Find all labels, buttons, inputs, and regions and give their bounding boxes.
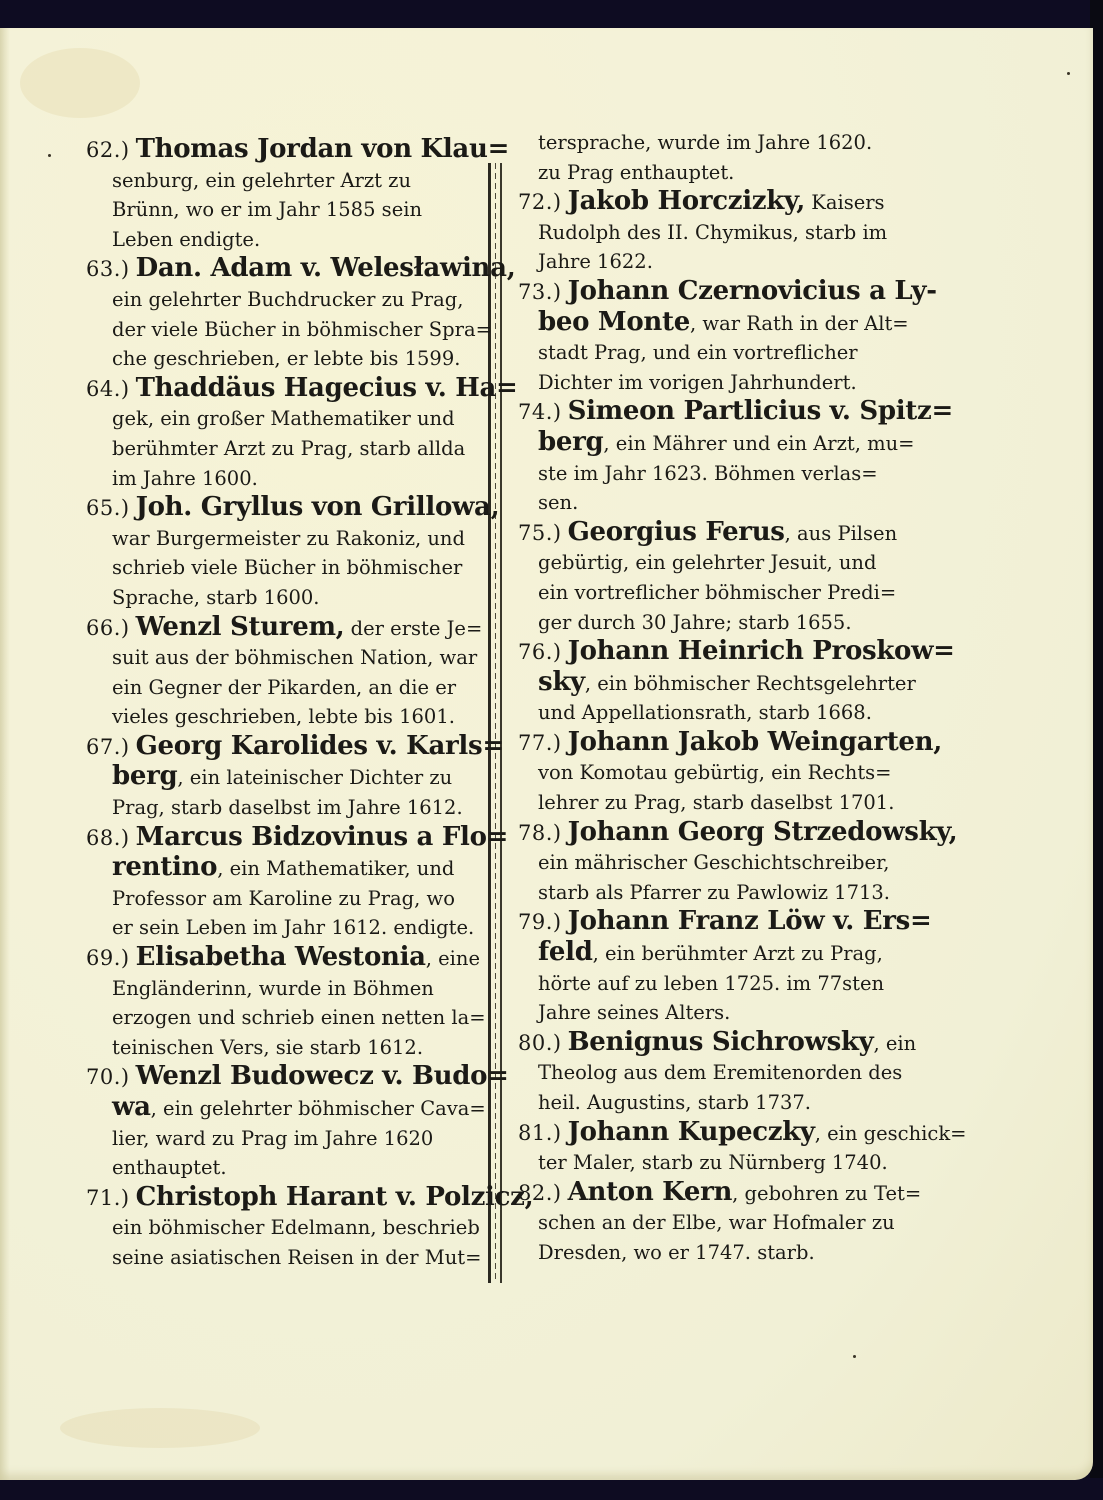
entry-number: 75.) — [518, 519, 562, 549]
entry-description: Professor am Karoline zu Prag, wo — [112, 887, 455, 910]
entry-line: 80.)Benignus Sichrowsky, ein — [518, 1028, 913, 1059]
ink-speck — [48, 154, 51, 157]
entry-line: 71.)Christoph Harant v. Polzicz, — [86, 1183, 486, 1214]
biography-entry: 65.)Joh. Gryllus von Grillowa,war Burger… — [86, 493, 486, 612]
entry-description: , eine — [426, 947, 480, 970]
person-name: rentino — [112, 852, 217, 882]
entry-description: ein vortreflicher böhmischer Predi= — [538, 581, 896, 604]
entry-line: lier, ward zu Prag im Jahre 1620 — [86, 1124, 486, 1154]
person-name: Johann Georg Strzedowsky, — [568, 817, 958, 847]
entry-description: Jahre 1622. — [538, 250, 653, 273]
entry-description: ste im Jahr 1623. Böhmen verlas= — [538, 462, 878, 485]
entry-line: Jahre seines Alters. — [518, 998, 913, 1028]
entry-description: ein gelehrter Buchdrucker zu Prag, — [112, 288, 463, 311]
entry-line: 66.)Wenzl Sturem, der erste Je= — [86, 613, 486, 644]
ink-speck — [853, 1355, 856, 1358]
person-name: Johann Heinrich Proskow= — [568, 636, 955, 666]
biography-entry: 75.)Georgius Ferus, aus Pilsengebürtig, … — [518, 518, 913, 637]
entry-number: 69.) — [86, 944, 130, 974]
entry-line: im Jahre 1600. — [86, 464, 486, 494]
paper-stain — [20, 48, 140, 118]
entry-description: Rudolph des II. Chymikus, starb im — [538, 221, 887, 244]
entry-description: sen. — [538, 491, 578, 514]
entry-description: Kaisers — [805, 191, 885, 214]
entry-description: der erste Je= — [344, 617, 482, 640]
entry-line: feld, ein berühmter Arzt zu Prag, — [518, 938, 913, 969]
entry-description: der viele Bücher in böhmischer Spra= — [112, 318, 492, 341]
entry-description: war Burgermeister zu Rakoniz, und — [112, 527, 465, 550]
entry-line: sen. — [518, 488, 913, 518]
entry-number: 62.) — [86, 136, 130, 166]
entry-line: 65.)Joh. Gryllus von Grillowa, — [86, 493, 486, 524]
entry-line: ein mährischer Geschichtschreiber, — [518, 848, 913, 878]
person-name: Anton Kern — [568, 1177, 733, 1207]
entry-description: , ein berühmter Arzt zu Prag, — [593, 942, 883, 965]
entry-description: , aus Pilsen — [785, 522, 898, 545]
person-name: Wenzl Budowecz v. Budo= — [136, 1061, 509, 1091]
entry-description: ger durch 30 Jahre; starb 1655. — [538, 611, 852, 634]
entry-description: enthauptet. — [112, 1156, 227, 1179]
entry-line: schrieb viele Bücher in böhmischer — [86, 553, 486, 583]
entry-number: 78.) — [518, 819, 562, 849]
entry-line: 64.)Thaddäus Hagecius v. Ha= — [86, 374, 486, 405]
right-column: tersprache, wurde im Jahre 1620.zu Prag … — [518, 128, 913, 1268]
person-name: beo Monte — [538, 307, 690, 337]
biography-entry: 77.)Johann Jakob Weingarten,von Komotau … — [518, 728, 913, 818]
entry-line: Jahre 1622. — [518, 247, 913, 277]
entry-line: 69.)Elisabetha Westonia, eine — [86, 943, 486, 974]
entry-line: senburg, ein gelehrter Arzt zu — [86, 166, 486, 196]
entry-line: Sprache, starb 1600. — [86, 583, 486, 613]
person-name: Johann Jakob Weingarten, — [568, 727, 942, 757]
biography-entry: 70.)Wenzl Budowecz v. Budo=wa, ein geleh… — [86, 1062, 486, 1182]
entry-line: ein Gegner der Pikarden, an die er — [86, 673, 486, 703]
entry-description: heil. Augustins, starb 1737. — [538, 1091, 811, 1114]
entry-number: 72.) — [518, 188, 562, 218]
biography-entry: 80.)Benignus Sichrowsky, einTheolog aus … — [518, 1028, 913, 1118]
entry-line: 78.)Johann Georg Strzedowsky, — [518, 818, 913, 849]
entry-line: war Burgermeister zu Rakoniz, und — [86, 524, 486, 554]
entry-line: berg, ein Mährer und ein Arzt, mu= — [518, 428, 913, 459]
entry-description: teinischen Vers, sie starb 1612. — [112, 1036, 423, 1059]
person-name: Joh. Gryllus von Grillowa, — [136, 492, 500, 522]
scan-background-top — [0, 0, 1103, 30]
person-name: Georg Karolides v. Karls= — [136, 731, 504, 761]
entry-line: der viele Bücher in böhmischer Spra= — [86, 315, 486, 345]
biography-entry: 72.)Jakob Horczizky, KaisersRudolph des … — [518, 187, 913, 277]
book-page: 62.)Thomas Jordan von Klau=senburg, ein … — [0, 28, 1093, 1480]
biography-entry: 68.)Marcus Bidzovinus a Flo=rentino, ein… — [86, 823, 486, 943]
entry-description: suit aus der böhmischen Nation, war — [112, 646, 477, 669]
biography-entry: 73.)Johann Czernovicius a Ly-beo Monte, … — [518, 277, 913, 397]
entry-number: 67.) — [86, 733, 130, 763]
entry-line: von Komotau gebürtig, ein Rechts= — [518, 758, 913, 788]
continuation-text: tersprache, wurde im Jahre 1620.zu Prag … — [518, 128, 913, 187]
entry-number: 82.) — [518, 1179, 562, 1209]
entry-line: ein vortreflicher böhmischer Predi= — [518, 578, 913, 608]
entry-line: berühmter Arzt zu Prag, starb allda — [86, 434, 486, 464]
person-name: berg — [112, 761, 177, 791]
entry-line: 74.)Simeon Partlicius v. Spitz= — [518, 397, 913, 428]
entry-line: heil. Augustins, starb 1737. — [518, 1088, 913, 1118]
entry-line: 77.)Johann Jakob Weingarten, — [518, 728, 913, 759]
biography-entry: 69.)Elisabetha Westonia, eineEngländerin… — [86, 943, 486, 1062]
continuation-line: zu Prag enthauptet. — [518, 158, 913, 188]
person-name: wa — [112, 1092, 151, 1122]
entry-description: Dresden, wo er 1747. starb. — [538, 1241, 815, 1264]
person-name: Wenzl Sturem, — [136, 612, 345, 642]
entry-line: 73.)Johann Czernovicius a Ly- — [518, 277, 913, 308]
entry-description: schrieb viele Bücher in böhmischer — [112, 556, 462, 579]
entry-line: Professor am Karoline zu Prag, wo — [86, 884, 486, 914]
entry-description: seine asiatischen Reisen in der Mut= — [112, 1246, 481, 1269]
entry-description: vieles geschrieben, lebte bis 1601. — [112, 705, 455, 728]
entry-number: 76.) — [518, 638, 562, 668]
entry-description: ter Maler, starb zu Nürnberg 1740. — [538, 1151, 888, 1174]
entry-description: schen an der Elbe, war Hofmaler zu — [538, 1211, 895, 1234]
entry-number: 64.) — [86, 375, 130, 405]
entry-line: che geschrieben, er lebte bis 1599. — [86, 344, 486, 374]
entry-line: ter Maler, starb zu Nürnberg 1740. — [518, 1148, 913, 1178]
entry-line: 82.)Anton Kern, gebohren zu Tet= — [518, 1178, 913, 1209]
person-name: Jakob Horczizky, — [568, 186, 805, 216]
person-name: Johann Kupeczky — [568, 1117, 815, 1147]
entry-number: 65.) — [86, 494, 130, 524]
entry-line: lehrer zu Prag, starb daselbst 1701. — [518, 788, 913, 818]
entry-line: schen an der Elbe, war Hofmaler zu — [518, 1208, 913, 1238]
biography-entry: 79.)Johann Franz Löw v. Ers=feld, ein be… — [518, 907, 913, 1027]
entry-line: enthauptet. — [86, 1153, 486, 1183]
biography-entry: 78.)Johann Georg Strzedowsky,ein mährisc… — [518, 818, 913, 908]
entry-description: che geschrieben, er lebte bis 1599. — [112, 347, 460, 370]
entry-number: 63.) — [86, 255, 130, 285]
person-name: Benignus Sichrowsky — [568, 1027, 874, 1057]
entry-line: 75.)Georgius Ferus, aus Pilsen — [518, 518, 913, 549]
entry-line: Brünn, wo er im Jahr 1585 sein — [86, 195, 486, 225]
entry-description: Jahre seines Alters. — [538, 1001, 730, 1024]
entry-number: 73.) — [518, 278, 562, 308]
entry-line: ein gelehrter Buchdrucker zu Prag, — [86, 285, 486, 315]
entry-description: , ein gelehrter böhmischer Cava= — [151, 1097, 486, 1120]
entry-line: Prag, starb daselbst im Jahre 1612. — [86, 793, 486, 823]
entry-description: berühmter Arzt zu Prag, starb allda — [112, 437, 465, 460]
entry-description: Engländerinn, wurde in Böhmen — [112, 977, 434, 1000]
entry-number: 81.) — [518, 1119, 562, 1149]
entry-description: ein Gegner der Pikarden, an die er — [112, 676, 456, 699]
person-name: Christoph Harant v. Polzicz, — [136, 1182, 534, 1212]
entry-line: Dresden, wo er 1747. starb. — [518, 1238, 913, 1268]
entry-description: erzogen und schrieb einen netten la= — [112, 1006, 486, 1029]
entry-description: Theolog aus dem Eremitenorden des — [538, 1061, 902, 1084]
entry-line: ste im Jahr 1623. Böhmen verlas= — [518, 459, 913, 489]
paper-stain — [60, 1408, 260, 1448]
entry-line: rentino, ein Mathematiker, und — [86, 853, 486, 884]
person-name: Johann Czernovicius a Ly- — [568, 276, 937, 306]
entry-description: und Appellationsrath, starb 1668. — [538, 701, 872, 724]
entry-line: 79.)Johann Franz Löw v. Ers= — [518, 907, 913, 938]
entry-description: , ein böhmischer Rechtsgelehrter — [585, 672, 916, 695]
entry-number: 79.) — [518, 908, 562, 938]
person-name: Dan. Adam v. Welesławina, — [136, 253, 516, 283]
entry-description: Leben endigte. — [112, 228, 260, 251]
entry-description: gek, ein großer Mathematiker und — [112, 407, 455, 430]
entry-description: gebürtig, ein gelehrter Jesuit, und — [538, 551, 876, 574]
entry-description: , ein geschick= — [815, 1122, 967, 1145]
entry-description: , ein — [873, 1032, 916, 1055]
entry-description: von Komotau gebürtig, ein Rechts= — [538, 761, 892, 784]
entry-description: Sprache, starb 1600. — [112, 586, 320, 609]
entry-description: ein böhmischer Edelmann, beschrieb — [112, 1216, 480, 1239]
entry-line: Dichter im vorigen Jahrhundert. — [518, 368, 913, 398]
entry-line: seine asiatischen Reisen in der Mut= — [86, 1243, 486, 1273]
entry-line: 68.)Marcus Bidzovinus a Flo= — [86, 823, 486, 854]
person-name: Marcus Bidzovinus a Flo= — [136, 822, 509, 852]
entry-description: Brünn, wo er im Jahr 1585 sein — [112, 198, 422, 221]
person-name: Georgius Ferus — [568, 517, 785, 547]
entry-line: 62.)Thomas Jordan von Klau= — [86, 135, 486, 166]
entry-description: , gebohren zu Tet= — [732, 1182, 921, 1205]
person-name: sky — [538, 667, 585, 697]
person-name: berg — [538, 427, 603, 457]
ink-speck — [1067, 72, 1070, 75]
entry-line: 67.)Georg Karolides v. Karls= — [86, 732, 486, 763]
entry-line: er sein Leben im Jahr 1612. endigte. — [86, 913, 486, 943]
entry-line: erzogen und schrieb einen netten la= — [86, 1003, 486, 1033]
entry-line: Rudolph des II. Chymikus, starb im — [518, 218, 913, 248]
entry-line: 76.)Johann Heinrich Proskow= — [518, 637, 913, 668]
person-name: Thomas Jordan von Klau= — [136, 134, 509, 164]
entry-description: , ein Mathematiker, und — [217, 857, 454, 880]
entry-number: 70.) — [86, 1063, 130, 1093]
biography-entry: 74.)Simeon Partlicius v. Spitz=berg, ein… — [518, 397, 913, 517]
entry-description: er sein Leben im Jahr 1612. endigte. — [112, 916, 474, 939]
biography-entry: 81.)Johann Kupeczky, ein geschick=ter Ma… — [518, 1118, 913, 1178]
entry-line: gek, ein großer Mathematiker und — [86, 404, 486, 434]
scan-background-bottom — [0, 1478, 1103, 1500]
entry-number: 77.) — [518, 729, 562, 759]
entry-number: 68.) — [86, 824, 130, 854]
entry-line: vieles geschrieben, lebte bis 1601. — [86, 702, 486, 732]
entry-line: 70.)Wenzl Budowecz v. Budo= — [86, 1062, 486, 1093]
entry-line: Leben endigte. — [86, 225, 486, 255]
entry-line: gebürtig, ein gelehrter Jesuit, und — [518, 548, 913, 578]
entry-line: sky, ein böhmischer Rechtsgelehrter — [518, 668, 913, 699]
entry-description: ein mährischer Geschichtschreiber, — [538, 851, 889, 874]
continuation-line: tersprache, wurde im Jahre 1620. — [518, 128, 913, 158]
entry-line: 72.)Jakob Horczizky, Kaisers — [518, 187, 913, 218]
biography-entry: 71.)Christoph Harant v. Polzicz,ein böhm… — [86, 1183, 486, 1273]
entry-line: 63.)Dan. Adam v. Welesławina, — [86, 254, 486, 285]
biography-entry: 62.)Thomas Jordan von Klau=senburg, ein … — [86, 135, 486, 254]
entry-line: 81.)Johann Kupeczky, ein geschick= — [518, 1118, 913, 1149]
entry-description: , war Rath in der Alt= — [690, 312, 909, 335]
entry-line: stadt Prag, und ein vortreflicher — [518, 338, 913, 368]
entry-line: Theolog aus dem Eremitenorden des — [518, 1058, 913, 1088]
entry-description: lier, ward zu Prag im Jahre 1620 — [112, 1127, 433, 1150]
entry-line: starb als Pfarrer zu Pawlowiz 1713. — [518, 878, 913, 908]
entry-number: 71.) — [86, 1184, 130, 1214]
entry-line: ein böhmischer Edelmann, beschrieb — [86, 1213, 486, 1243]
left-column: 62.)Thomas Jordan von Klau=senburg, ein … — [86, 135, 486, 1273]
entry-description: senburg, ein gelehrter Arzt zu — [112, 169, 411, 192]
person-name: feld — [538, 937, 593, 967]
entry-number: 80.) — [518, 1029, 562, 1059]
entry-line: wa, ein gelehrter böhmischer Cava= — [86, 1093, 486, 1124]
entry-line: und Appellationsrath, starb 1668. — [518, 698, 913, 728]
entry-description: , ein Mährer und ein Arzt, mu= — [603, 432, 914, 455]
entry-line: ger durch 30 Jahre; starb 1655. — [518, 608, 913, 638]
entry-line: beo Monte, war Rath in der Alt= — [518, 308, 913, 339]
entry-line: teinischen Vers, sie starb 1612. — [86, 1033, 486, 1063]
biography-entry: 63.)Dan. Adam v. Welesławina,ein gelehrt… — [86, 254, 486, 373]
entry-description: starb als Pfarrer zu Pawlowiz 1713. — [538, 881, 890, 904]
entry-description: hörte auf zu leben 1725. im 77sten — [538, 972, 884, 995]
entry-description: lehrer zu Prag, starb daselbst 1701. — [538, 791, 894, 814]
entry-description: Dichter im vorigen Jahrhundert. — [538, 371, 857, 394]
biography-entry: 64.)Thaddäus Hagecius v. Ha=gek, ein gro… — [86, 374, 486, 493]
entry-description: Prag, starb daselbst im Jahre 1612. — [112, 796, 463, 819]
entry-line: Engländerinn, wurde in Böhmen — [86, 974, 486, 1004]
entry-description: , ein lateinischer Dichter zu — [177, 766, 452, 789]
person-name: Elisabetha Westonia — [136, 942, 426, 972]
entry-line: berg, ein lateinischer Dichter zu — [86, 762, 486, 793]
entry-line: suit aus der böhmischen Nation, war — [86, 643, 486, 673]
entry-description: im Jahre 1600. — [112, 467, 258, 490]
entry-line: hörte auf zu leben 1725. im 77sten — [518, 969, 913, 999]
biography-entry: 76.)Johann Heinrich Proskow=sky, ein böh… — [518, 637, 913, 728]
entry-number: 74.) — [518, 398, 562, 428]
person-name: Johann Franz Löw v. Ers= — [568, 906, 932, 936]
biography-entry: 66.)Wenzl Sturem, der erste Je=suit aus … — [86, 613, 486, 732]
entry-description: stadt Prag, und ein vortreflicher — [538, 341, 858, 364]
biography-entry: 67.)Georg Karolides v. Karls=berg, ein l… — [86, 732, 486, 823]
person-name: Simeon Partlicius v. Spitz= — [568, 396, 953, 426]
biography-entry: 82.)Anton Kern, gebohren zu Tet=schen an… — [518, 1178, 913, 1268]
person-name: Thaddäus Hagecius v. Ha= — [136, 373, 518, 403]
entry-number: 66.) — [86, 614, 130, 644]
